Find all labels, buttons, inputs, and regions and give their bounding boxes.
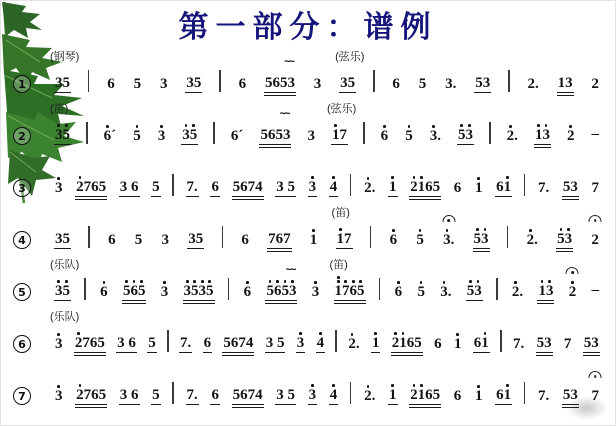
note-group: 1 xyxy=(309,225,319,249)
note-digit: 6 xyxy=(108,233,116,248)
note-digit: 6 xyxy=(392,77,400,92)
note-char: 3 xyxy=(466,120,474,143)
note-digit: 1 xyxy=(504,388,512,403)
note-char: 7 xyxy=(538,173,546,196)
note-group: 6 xyxy=(380,121,390,145)
note-digits: 17 xyxy=(336,224,353,249)
note-char: 7 xyxy=(238,328,246,351)
note-char: . xyxy=(451,225,455,248)
note-char: . xyxy=(453,69,457,92)
note-digit: 6 xyxy=(425,388,433,403)
note-digit: . xyxy=(372,181,376,196)
note-char: 2 xyxy=(410,380,418,403)
note-group: 3. xyxy=(429,121,442,145)
note-char: 6 xyxy=(211,380,219,403)
note-digit: 5 xyxy=(414,336,422,351)
note-digit: 3 xyxy=(55,337,63,352)
note-char: 3 xyxy=(542,120,550,143)
note-group: 6 xyxy=(389,225,399,249)
note-digit: . xyxy=(448,285,452,300)
note-group: 5 xyxy=(147,328,157,353)
note-group: 6 xyxy=(240,225,250,249)
note-group: 5674 xyxy=(232,172,264,197)
note-digit: 5 xyxy=(260,128,268,143)
note-digits: 1 xyxy=(371,328,381,353)
note-digits: 6 xyxy=(389,225,399,249)
note-digits: 7 xyxy=(590,381,600,405)
note-group: 3 xyxy=(54,173,64,197)
note-char: 3 xyxy=(188,224,196,247)
note-char: 1 xyxy=(504,380,512,403)
note-digit: 5 xyxy=(417,285,425,300)
note-group: 6´ xyxy=(103,121,118,145)
note-digit: 3 xyxy=(297,336,305,351)
barline xyxy=(370,226,372,248)
note-digits: 5 xyxy=(418,69,428,93)
note-digit: 3 xyxy=(120,180,128,195)
note-digit: . xyxy=(521,337,525,352)
note-char: 6 xyxy=(131,380,139,403)
note-digit: 2 xyxy=(76,388,84,403)
note-digits: 5674 xyxy=(222,328,254,353)
note-digit: 7 xyxy=(342,284,350,299)
note-char: 6 xyxy=(91,172,99,195)
note-digit: 7 xyxy=(513,337,521,352)
note-digit: ´ xyxy=(238,129,243,144)
note-char: 6 xyxy=(272,68,280,91)
note-digit: 6 xyxy=(130,284,138,299)
note-digit: 1 xyxy=(558,76,566,91)
note-group: 3 5 xyxy=(265,328,286,353)
note-digit: 5 xyxy=(419,77,427,92)
note-group: ~~5653 xyxy=(265,276,297,301)
note-char: 6 xyxy=(100,277,108,300)
note-digit: 5 xyxy=(133,129,141,144)
note-char: 6 xyxy=(425,172,433,195)
note-digit: 5 xyxy=(287,180,295,195)
note-group: 2165 xyxy=(409,380,441,405)
note-digits: 6 xyxy=(243,277,253,301)
note-char: 7 xyxy=(187,172,195,195)
note-char: 7 xyxy=(268,224,276,247)
note-char: 3 xyxy=(297,328,305,351)
notation-line: 2(笛)356´53356´~~56533(弦乐)17653.532.132– xyxy=(0,100,616,152)
note-char: 7 xyxy=(84,172,92,195)
note-char: 4 xyxy=(330,380,338,403)
note-char: . xyxy=(356,329,360,352)
barline xyxy=(228,278,230,300)
note-digit: 2 xyxy=(507,129,515,144)
note-group: 2. xyxy=(363,381,376,405)
note-digit: . xyxy=(545,389,549,404)
note-char: 1 xyxy=(481,328,489,351)
note-group: 3535 xyxy=(183,276,215,301)
note-digit: 7 xyxy=(591,181,599,196)
note-group: 2165 xyxy=(409,172,441,197)
note-digit: 5 xyxy=(563,388,571,403)
note-digit: 3 xyxy=(287,76,295,91)
note-digits: 35 xyxy=(339,68,356,93)
note-char: 5 xyxy=(152,380,160,403)
note-digit: 5 xyxy=(233,388,241,403)
note-char: 5 xyxy=(135,225,143,248)
note-char: 1 xyxy=(418,172,426,195)
note-digit: 5 xyxy=(152,388,160,403)
note-char: 5 xyxy=(134,69,142,92)
note-char: 6 xyxy=(390,225,398,248)
note-digit: 5 xyxy=(275,128,283,143)
notation-line: 5(乐队)356565335356~~56533(笛)1765653.532.1… xyxy=(0,256,616,308)
note-char: . xyxy=(519,277,523,300)
note-digit: 6 xyxy=(454,389,462,404)
note-digits: 2765 xyxy=(75,380,107,405)
note-digit: 7 xyxy=(84,180,92,195)
note-digit: 7 xyxy=(180,336,188,351)
notation-line: 4356533567671(笛)17653.532.532 xyxy=(0,204,616,256)
note-char: 3 xyxy=(309,172,317,195)
note-digits: 6 xyxy=(203,328,213,353)
note-char: 5 xyxy=(419,69,427,92)
note-char: 1 xyxy=(389,172,397,195)
note-char: 7 xyxy=(82,328,90,351)
note-digits: 53 xyxy=(466,276,483,301)
note-digit: 6 xyxy=(91,180,99,195)
note-digit: 5 xyxy=(584,336,592,351)
note-digit: 3 xyxy=(565,232,573,247)
note-char: 6 xyxy=(211,172,219,195)
circled-line-number: 2 xyxy=(13,127,31,145)
note-group: 3 xyxy=(161,225,171,249)
note-digits: – xyxy=(591,119,601,143)
note-group: 3 xyxy=(157,121,167,145)
note-digit: . xyxy=(451,233,455,248)
note-group: 6´ xyxy=(230,121,245,145)
barline xyxy=(489,122,491,144)
octave-dot xyxy=(337,276,340,279)
note-digits: 5 xyxy=(415,225,425,249)
note-digits: 13 xyxy=(537,276,554,301)
note-digits: 1 xyxy=(474,173,484,197)
barline xyxy=(172,382,174,404)
barline xyxy=(88,226,90,248)
note-digit: 5 xyxy=(196,232,204,247)
note-char: 2 xyxy=(512,277,520,300)
note-group: 61 xyxy=(495,380,512,405)
note-char: 1 xyxy=(399,328,407,351)
note-char: 5 xyxy=(433,172,441,195)
note-digit: 5 xyxy=(191,284,199,299)
note-digit: 5 xyxy=(148,336,156,351)
note-digit: 5 xyxy=(458,128,466,143)
note-char: 3 xyxy=(184,276,192,299)
barline xyxy=(379,278,381,300)
note-digit: 1 xyxy=(310,233,318,248)
barline xyxy=(524,382,526,404)
note-char: 1 xyxy=(535,120,543,143)
note-digit: 7 xyxy=(564,337,572,352)
note-digit: 3 xyxy=(158,129,166,144)
note-char: 7 xyxy=(591,381,599,404)
note-digits: 2. xyxy=(363,381,376,405)
note-char: 2 xyxy=(364,173,372,196)
note-char: 7 xyxy=(591,173,599,196)
note-group: 53 xyxy=(536,328,553,353)
note-digits: 2. xyxy=(506,121,519,145)
note-char: 6 xyxy=(454,381,462,404)
note-group: (乐队)3 xyxy=(54,329,64,353)
note-char: ´ xyxy=(238,121,243,144)
note-digits: 2. xyxy=(511,277,524,301)
note-char: 6 xyxy=(128,328,136,351)
note-char: 5 xyxy=(557,224,565,247)
note-group: 5 xyxy=(415,225,425,249)
note-group: 7. xyxy=(537,381,550,405)
note-char: 5 xyxy=(277,328,285,351)
note-digits: 5 xyxy=(133,69,143,93)
note-group: 53 xyxy=(466,276,483,301)
note-char: 6 xyxy=(276,224,284,247)
note-group: 7. xyxy=(179,328,192,353)
note-digit: 5 xyxy=(138,284,146,299)
note-group: 7. xyxy=(537,173,550,197)
note-group: 7. xyxy=(186,172,199,197)
note-group: 53 xyxy=(474,68,491,93)
note-digits: 6 xyxy=(394,277,404,301)
note-digit: 3 xyxy=(188,232,196,247)
note-digit: 5 xyxy=(63,232,71,247)
note-digit: 2 xyxy=(512,285,520,300)
note-group: 3 xyxy=(306,121,316,145)
note-group: 7 xyxy=(590,173,600,197)
note-char: 7 xyxy=(248,172,256,195)
note-group: 61 xyxy=(473,328,490,353)
note-digit: 5 xyxy=(99,180,107,195)
note-group: 6 xyxy=(391,69,401,93)
trill-icon: ~~ xyxy=(284,57,293,68)
fermata-icon xyxy=(589,215,602,222)
note-group: 2. xyxy=(526,69,539,93)
note-digits: 2 xyxy=(568,277,578,301)
note-group: 6 xyxy=(210,172,220,197)
note-digit: 6 xyxy=(350,284,358,299)
note-group: 3 xyxy=(296,328,306,353)
note-digit: 4 xyxy=(330,180,338,195)
note-group: 3 6 xyxy=(116,328,137,353)
barline xyxy=(496,278,498,300)
note-digits: 3. xyxy=(442,225,455,249)
note-char: 5 xyxy=(206,276,214,299)
note-group: 5 xyxy=(151,380,161,405)
note-char: . xyxy=(545,173,549,196)
note-group: 3 xyxy=(308,172,318,197)
note-group: 1 xyxy=(388,172,398,197)
note-char: 3 xyxy=(565,68,573,91)
note-digit: 7 xyxy=(238,336,246,351)
note-char: 3 xyxy=(443,225,451,248)
note-char: 6 xyxy=(496,380,504,403)
barline xyxy=(350,382,352,404)
note-char: 3 xyxy=(440,277,448,300)
note-group: 3 5 xyxy=(275,380,296,405)
note-digit: 4 xyxy=(255,388,263,403)
note-char: 6 xyxy=(130,276,138,299)
note-char: . xyxy=(194,172,198,195)
note-char: . xyxy=(437,121,441,144)
note-digit: 3 xyxy=(474,284,482,299)
note-char: 7 xyxy=(187,380,195,403)
note-group: 2. xyxy=(363,173,376,197)
note-digit: 5 xyxy=(206,284,214,299)
note-char: 3 xyxy=(287,68,295,91)
note-digit: 5 xyxy=(135,233,143,248)
note-group: 2. xyxy=(347,329,360,353)
note-char: . xyxy=(545,381,549,404)
note-char: 5 xyxy=(191,276,199,299)
note-group: 7. xyxy=(512,329,525,353)
note-char: 3 xyxy=(55,224,63,247)
note-char: . xyxy=(448,277,452,300)
note-digit: . xyxy=(194,388,198,403)
note-group: 5 xyxy=(416,277,426,301)
note-char: 5 xyxy=(417,277,425,300)
note-digit: 7 xyxy=(187,180,195,195)
note-char: 2 xyxy=(364,381,372,404)
note-digit: 1 xyxy=(418,388,426,403)
note-digits: 3 xyxy=(157,121,167,145)
score-page: 第一部分：谱例 1(钢琴)35653356~~56533(弦乐)35653.53… xyxy=(0,0,616,426)
note-digits: 7. xyxy=(186,172,199,197)
note-char: 3 xyxy=(55,68,63,91)
note-group: 6 xyxy=(394,277,404,301)
note-digit: ´ xyxy=(111,129,116,144)
note-digit: 6 xyxy=(239,77,247,92)
note-char: 5 xyxy=(458,120,466,143)
note-digit: 7 xyxy=(187,388,195,403)
note-char: 2 xyxy=(392,328,400,351)
note-char: 4 xyxy=(255,380,263,403)
note-digits: 3 xyxy=(313,69,323,93)
barline xyxy=(88,70,90,92)
note-digit: 6 xyxy=(231,336,239,351)
note-digit: 3 xyxy=(340,76,348,91)
note-digit: 6 xyxy=(496,180,504,195)
note-digit: 3 xyxy=(309,180,317,195)
note-digit: 2 xyxy=(364,181,372,196)
note-char: 3 xyxy=(481,224,489,247)
note-digit: 5 xyxy=(223,336,231,351)
note-group: 35 xyxy=(185,68,202,93)
line-number-column: 1 xyxy=(0,75,46,100)
line-number-column: 6 xyxy=(0,335,46,360)
note-digit: 5 xyxy=(280,76,288,91)
notation-sequence: (笛)356´53356´~~56533(弦乐)17653.532.132– xyxy=(54,119,600,152)
note-group: 767 xyxy=(267,224,292,249)
note-digit: 3 xyxy=(276,180,284,195)
note-char: 2 xyxy=(527,225,535,248)
note-group: 3. xyxy=(442,225,455,249)
note-char: 5 xyxy=(265,68,273,91)
note-digit: 3 xyxy=(266,336,274,351)
note-char: . xyxy=(187,328,191,351)
note-char: 5 xyxy=(287,380,295,403)
note-digits: 35 xyxy=(185,68,202,93)
note-char: 7 xyxy=(342,276,350,299)
note-digits: 6´ xyxy=(230,121,245,145)
note-digit: 3 xyxy=(283,128,291,143)
note-digit: . xyxy=(437,129,441,144)
note-char: 1 xyxy=(475,381,483,404)
note-digits: 13 xyxy=(557,68,574,93)
note-digits: 7. xyxy=(186,380,199,405)
note-char: 6 xyxy=(131,172,139,195)
note-group: 2765 xyxy=(75,172,107,197)
note-group: 5 xyxy=(151,172,161,197)
note-char: 7 xyxy=(344,224,352,247)
note-digit: 6 xyxy=(434,337,442,352)
line-number-column: 3 xyxy=(0,179,46,204)
note-digits: 3 5 xyxy=(275,380,296,405)
note-char: 5 xyxy=(223,328,231,351)
note-group: 53 xyxy=(562,380,579,405)
note-digit: 2 xyxy=(591,233,599,248)
note-digit: 5 xyxy=(433,388,441,403)
note-digit: 7 xyxy=(538,389,546,404)
note-digit: 3 xyxy=(160,77,168,92)
note-char: 1 xyxy=(475,173,483,196)
note-char: 3 xyxy=(430,121,438,144)
note-digits: 3535 xyxy=(183,276,215,301)
note-digit: 6 xyxy=(100,285,108,300)
barline xyxy=(167,330,169,352)
note-group: 2 xyxy=(590,69,600,93)
note-char: 6 xyxy=(104,121,112,144)
note-char: 6 xyxy=(231,121,239,144)
note-char: 3 xyxy=(445,69,453,92)
note-char: 6 xyxy=(392,69,400,92)
note-char: 6 xyxy=(434,329,442,352)
note-digits: 3. xyxy=(429,121,442,145)
note-char: 7 xyxy=(538,381,546,404)
note-char: 5 xyxy=(138,276,146,299)
note-char: 5 xyxy=(194,68,202,91)
note-char: 3 xyxy=(120,172,128,195)
note-group: ~~5653 xyxy=(264,68,296,93)
note-digits: 35 xyxy=(54,276,71,301)
note-char: 5 xyxy=(357,276,365,299)
note-group: 2765 xyxy=(74,328,106,353)
note-group: 6 xyxy=(453,173,463,197)
note-digits: 2. xyxy=(526,225,539,249)
note-char: 5 xyxy=(148,328,156,351)
note-digit: 1 xyxy=(454,337,462,352)
note-digit: 3 xyxy=(55,284,63,299)
fermata-dot xyxy=(594,219,597,222)
note-digit: 5 xyxy=(152,180,160,195)
note-group: 35 xyxy=(54,224,71,249)
note-char: 6 xyxy=(407,328,415,351)
note-digits: 3 xyxy=(308,380,318,405)
note-char: 6 xyxy=(454,173,462,196)
note-digit: 5 xyxy=(277,336,285,351)
note-digits: 7 xyxy=(563,329,573,353)
note-group: 53 xyxy=(556,224,573,249)
line-number-column: 4 xyxy=(0,231,46,256)
note-group: 3 xyxy=(160,277,170,301)
note-digit: 3 xyxy=(565,76,573,91)
note-char: 6 xyxy=(241,225,249,248)
note-char: 6 xyxy=(425,380,433,403)
notation-line: 6(乐队)327653 657.656743 5342.1216561617.5… xyxy=(0,308,616,360)
